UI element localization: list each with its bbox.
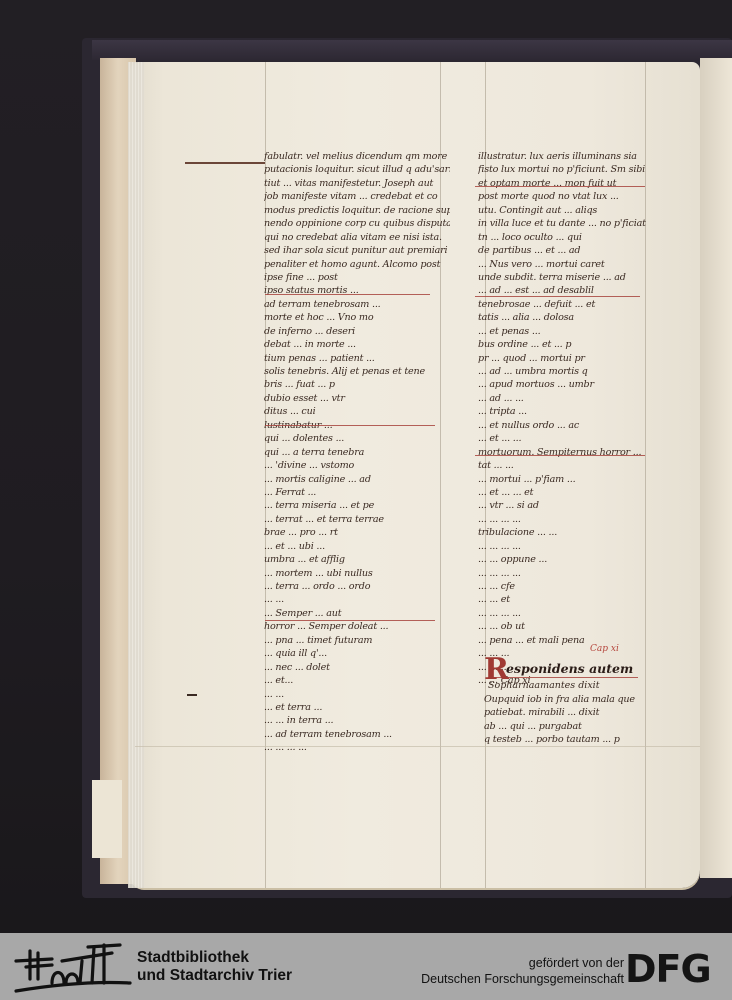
manuscript-line: ... nec ... dolet: [264, 661, 450, 674]
manuscript-line: modus predictis loquitur. de racione sup…: [264, 204, 450, 217]
manuscript-line: ... apud mortuos ... umbr: [478, 378, 656, 391]
manuscript-line: ... ... cfe: [478, 580, 656, 593]
rubrication-underline: [488, 677, 638, 678]
rubrication-underline: [265, 294, 430, 295]
rubrication-underline: [265, 620, 435, 621]
manuscript-line: ipse fine ... post: [264, 271, 450, 284]
manuscript-line: tribulacione ... ...: [478, 526, 656, 539]
manuscript-line: utu. Contingit aut ... aliqs: [478, 204, 656, 217]
manuscript-line: tium penas ... patient ...: [264, 352, 450, 365]
manuscript-line: ... terra ... ordo ... ordo: [264, 580, 450, 593]
manuscript-line: ... terrat ... et terra terrae: [264, 513, 450, 526]
funding-note: gefördert von der Deutschen Forschungsge…: [421, 955, 624, 987]
manuscript-line: ... et nullus ordo ... ac: [478, 419, 656, 432]
flyleaf-strip: [92, 780, 122, 858]
manuscript-line: post morte quod no vtat lux ...: [478, 190, 656, 203]
rubrication-underline: [475, 296, 640, 297]
institution-name: Stadtbibliothek und Stadtarchiv Trier: [137, 949, 292, 985]
manuscript-line: ... pna ... timet futuram: [264, 634, 450, 647]
manuscript-line: bris ... fuat ... p: [264, 378, 450, 391]
manuscript-line: tiut ... vitas manifestetur. Joseph aut: [264, 177, 450, 190]
manuscript-line: tenebrosae ... defuit ... et: [478, 298, 656, 311]
manuscript-line: ... ... ... ...: [478, 567, 656, 580]
manuscript-line: de inferno ... deseri: [264, 325, 450, 338]
manuscript-line: solis tenebris. Alij et penas et tene: [264, 365, 450, 378]
manuscript-line: ... quia ill q'...: [264, 647, 450, 660]
manuscript-line: ... et terra ...: [264, 701, 450, 714]
manuscript-line: ... ad ... umbra mortis q: [478, 365, 656, 378]
institution-line-1: Stadtbibliothek: [137, 949, 292, 967]
page-deckle-edge: [128, 62, 144, 888]
manuscript-line: ... Semper ... aut: [264, 607, 450, 620]
rubrication-underline: [475, 186, 645, 187]
manuscript-line: tn ... loco oculto ... qui: [478, 231, 656, 244]
manuscript-line: et optam morte ... mon fuit ut: [478, 177, 656, 190]
manuscript-line: ... ...: [264, 593, 450, 606]
text-after-rubric: Oupquid iob in fra alia mala quepatiebat…: [484, 693, 654, 749]
rubrication-underline: [265, 425, 435, 426]
manuscript-line: fisto lux mortui no p'ficiunt. Sm sibi: [478, 163, 656, 176]
manuscript-line: ... ...: [264, 688, 450, 701]
manuscript-line: qui ... dolentes ...: [264, 432, 450, 445]
manuscript-line: ... ... in terra ...: [264, 714, 450, 727]
manuscript-line: pr ... quod ... mortui pr: [478, 352, 656, 365]
chapter-marker: Cap xi: [590, 644, 619, 654]
manuscript-line: de partibus ... et ... ad: [478, 244, 656, 257]
manuscript-line: ... mortis caligine ... ad: [264, 473, 450, 486]
manuscript-line: ipso status mortis ...: [264, 284, 450, 297]
manuscript-line: fabulatr. vel melius dicendum qm more di…: [264, 150, 450, 163]
rubric-heading: esponidens autem: [506, 661, 633, 676]
manuscript-line: ... mortem ... ubi nullus: [264, 567, 450, 580]
manuscript-line: tat ... ...: [478, 459, 656, 472]
manuscript-line: ... ... ... ...: [264, 741, 450, 750]
manuscript-line: ... ad ... ...: [478, 392, 656, 405]
manuscript-line: morte et hoc ... Vno mo: [264, 311, 450, 324]
manuscript-line: ... mortui ... p'fiam ...: [478, 473, 656, 486]
manuscript-line: qui no credebat alia vitam ee nisi ista.: [264, 231, 450, 244]
manuscript-line: umbra ... et afflig: [264, 553, 450, 566]
manuscript-line: ... pena ... et mali pena: [478, 634, 656, 647]
manuscript-line: q testeb ... porbo tautam ... p: [484, 733, 654, 746]
manuscript-line: ... terra miseria ... et pe: [264, 499, 450, 512]
manuscript-line: ... Ferrat ...: [264, 486, 450, 499]
manuscript-line: horror ... Semper doleat ...: [264, 620, 450, 633]
manuscript-line: ab ... qui ... purgabat: [484, 720, 654, 733]
manuscript-line: ... ... et: [478, 593, 656, 606]
institution-line-2: und Stadtarchiv Trier: [137, 967, 292, 985]
manuscript-line: dubio esset ... vtr: [264, 392, 450, 405]
manuscript-line: bus ordine ... et ... p: [478, 338, 656, 351]
manuscript-line: ... ... ... ...: [478, 607, 656, 620]
manuscript-line: ... ad terram tenebrosam ...: [264, 728, 450, 741]
manuscript-line: ... Nus vero ... mortui caret: [478, 258, 656, 271]
manuscript-line: job manifeste vitam ... credebat et co: [264, 190, 450, 203]
book-cover-top-edge: [92, 40, 732, 60]
manuscript-line: brae ... pro ... rt: [264, 526, 450, 539]
manuscript-line: sed ihar sola sicut punitur aut premiari: [264, 244, 450, 257]
manuscript-line: ... ... ... ...: [478, 513, 656, 526]
manuscript-line: debat ... in morte ...: [264, 338, 450, 351]
manuscript-line: ... et ... ... et: [478, 486, 656, 499]
manuscript-line: tatis ... alia ... dolosa: [478, 311, 656, 324]
rubric-subheading: Sopharnaamantes dixit: [488, 680, 600, 691]
manuscript-line: ad terram tenebrosam ...: [264, 298, 450, 311]
footer-banner: Stadtbibliothek und Stadtarchiv Trier ge…: [0, 933, 732, 1000]
text-column-right: illustratur. lux aeris illuminans siafis…: [478, 150, 656, 690]
funding-line-1: gefördert von der: [421, 955, 624, 971]
stadtbibliothek-trier-logo: [12, 939, 132, 995]
facing-page-edge: [700, 58, 732, 878]
manuscript-line: ditus ... cui: [264, 405, 450, 418]
manuscript-scan: fabulatr. vel melius dicendum qm more di…: [0, 0, 732, 933]
manuscript-line: penaliter et homo agunt. Alcomo post: [264, 258, 450, 271]
margin-mark: [187, 694, 197, 696]
text-column-left: fabulatr. vel melius dicendum qm more di…: [264, 150, 450, 750]
manuscript-line: qui ... a terra tenebra: [264, 446, 450, 459]
manuscript-line: unde subdit. terra miserie ... ad: [478, 271, 656, 284]
manuscript-line: ... vtr ... si ad: [478, 499, 656, 512]
manuscript-line: ... ... ob ut: [478, 620, 656, 633]
manuscript-line: ... 'divine ... vstomo: [264, 459, 450, 472]
manuscript-line: illustratur. lux aeris illuminans sia: [478, 150, 656, 163]
manuscript-line: ... et ... ubi ...: [264, 540, 450, 553]
manuscript-line: ... tripta ...: [478, 405, 656, 418]
manuscript-line: ... et...: [264, 674, 450, 687]
manuscript-line: patiebat. mirabili ... dixit: [484, 706, 654, 719]
dfg-logo: DFG: [625, 950, 711, 988]
manuscript-line: ... ... ... ...: [478, 540, 656, 553]
manuscript-line: in villa luce et tu dante ... no p'ficia…: [478, 217, 656, 230]
manuscript-line: mortuorum. Sempiternus horror ...: [478, 446, 656, 459]
rubrication-underline: [475, 455, 645, 456]
manuscript-line: ... ... oppune ...: [478, 553, 656, 566]
manuscript-line: ... et penas ...: [478, 325, 656, 338]
manuscript-line: nendo oppinione corp cu quibus disputaba…: [264, 217, 450, 230]
manuscript-line: Oupquid iob in fra alia mala que: [484, 693, 654, 706]
funding-line-2: Deutschen Forschungsgemeinschaft: [421, 971, 624, 987]
manuscript-line: ... et ... ...: [478, 432, 656, 445]
margin-stroke: [185, 162, 265, 164]
manuscript-line: putacionis loquitur. sicut illud q adu's…: [264, 163, 450, 176]
